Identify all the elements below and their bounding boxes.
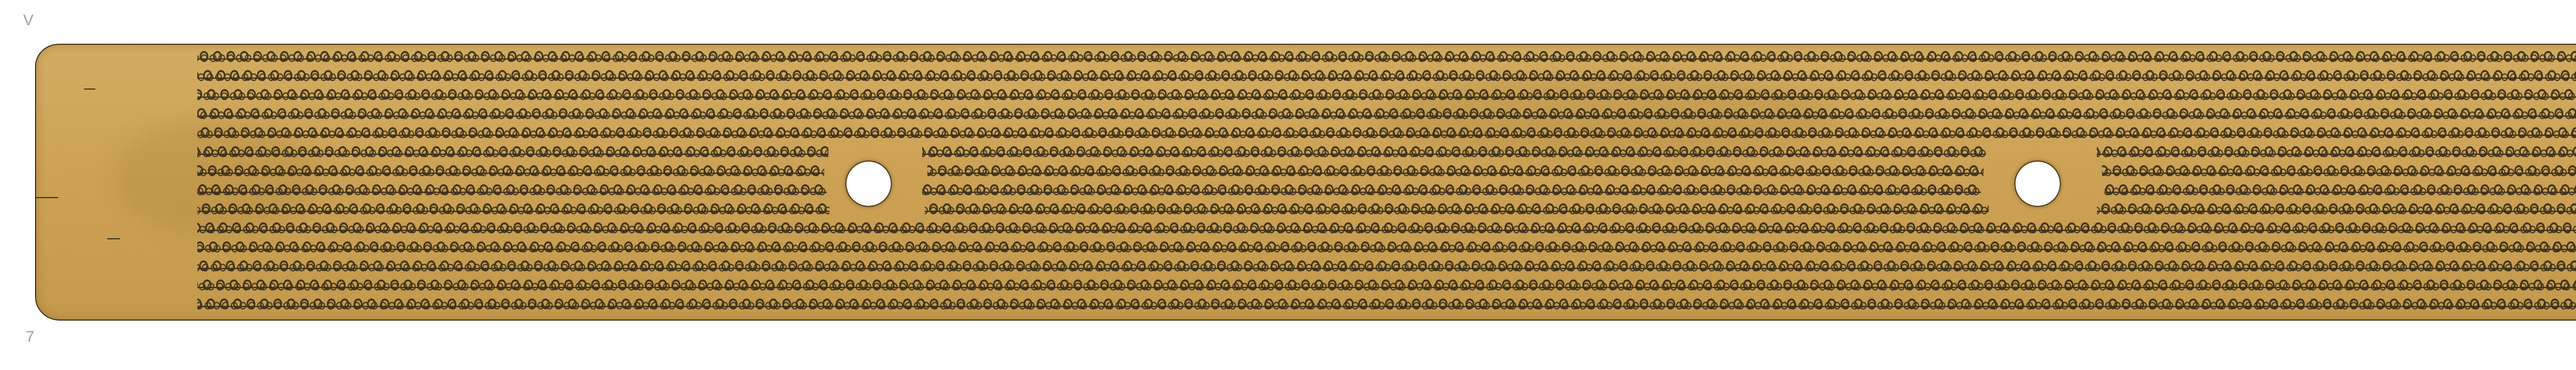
margin-tick bbox=[35, 197, 58, 198]
script-line bbox=[197, 124, 2576, 139]
script-line bbox=[197, 162, 824, 178]
script-line bbox=[927, 162, 1984, 178]
script-line bbox=[925, 200, 1989, 216]
script-line bbox=[197, 181, 827, 197]
script-line bbox=[197, 48, 2576, 63]
palm-leaf-manuscript bbox=[35, 44, 2576, 321]
script-line bbox=[197, 200, 829, 216]
script-line bbox=[197, 143, 828, 158]
margin-tick bbox=[107, 238, 120, 239]
pencil-mark-bottom: 7 bbox=[26, 329, 35, 345]
script-line bbox=[197, 86, 2576, 101]
script-line bbox=[922, 143, 1986, 158]
script-line bbox=[2105, 181, 2576, 197]
script-line bbox=[197, 295, 2576, 311]
script-line bbox=[197, 105, 2576, 120]
script-line bbox=[2097, 143, 2576, 158]
binding-hole bbox=[846, 162, 891, 206]
script-line bbox=[2097, 200, 2576, 216]
script-line bbox=[197, 276, 2576, 292]
script-line bbox=[197, 67, 2576, 82]
pencil-mark-top: V bbox=[23, 13, 33, 28]
binding-hole bbox=[2015, 162, 2060, 206]
script-line bbox=[197, 238, 2576, 254]
script-line bbox=[922, 181, 1981, 197]
script-line bbox=[197, 257, 2576, 273]
script-line bbox=[2102, 162, 2576, 178]
margin-tick bbox=[84, 89, 95, 90]
script-line bbox=[197, 219, 2576, 235]
